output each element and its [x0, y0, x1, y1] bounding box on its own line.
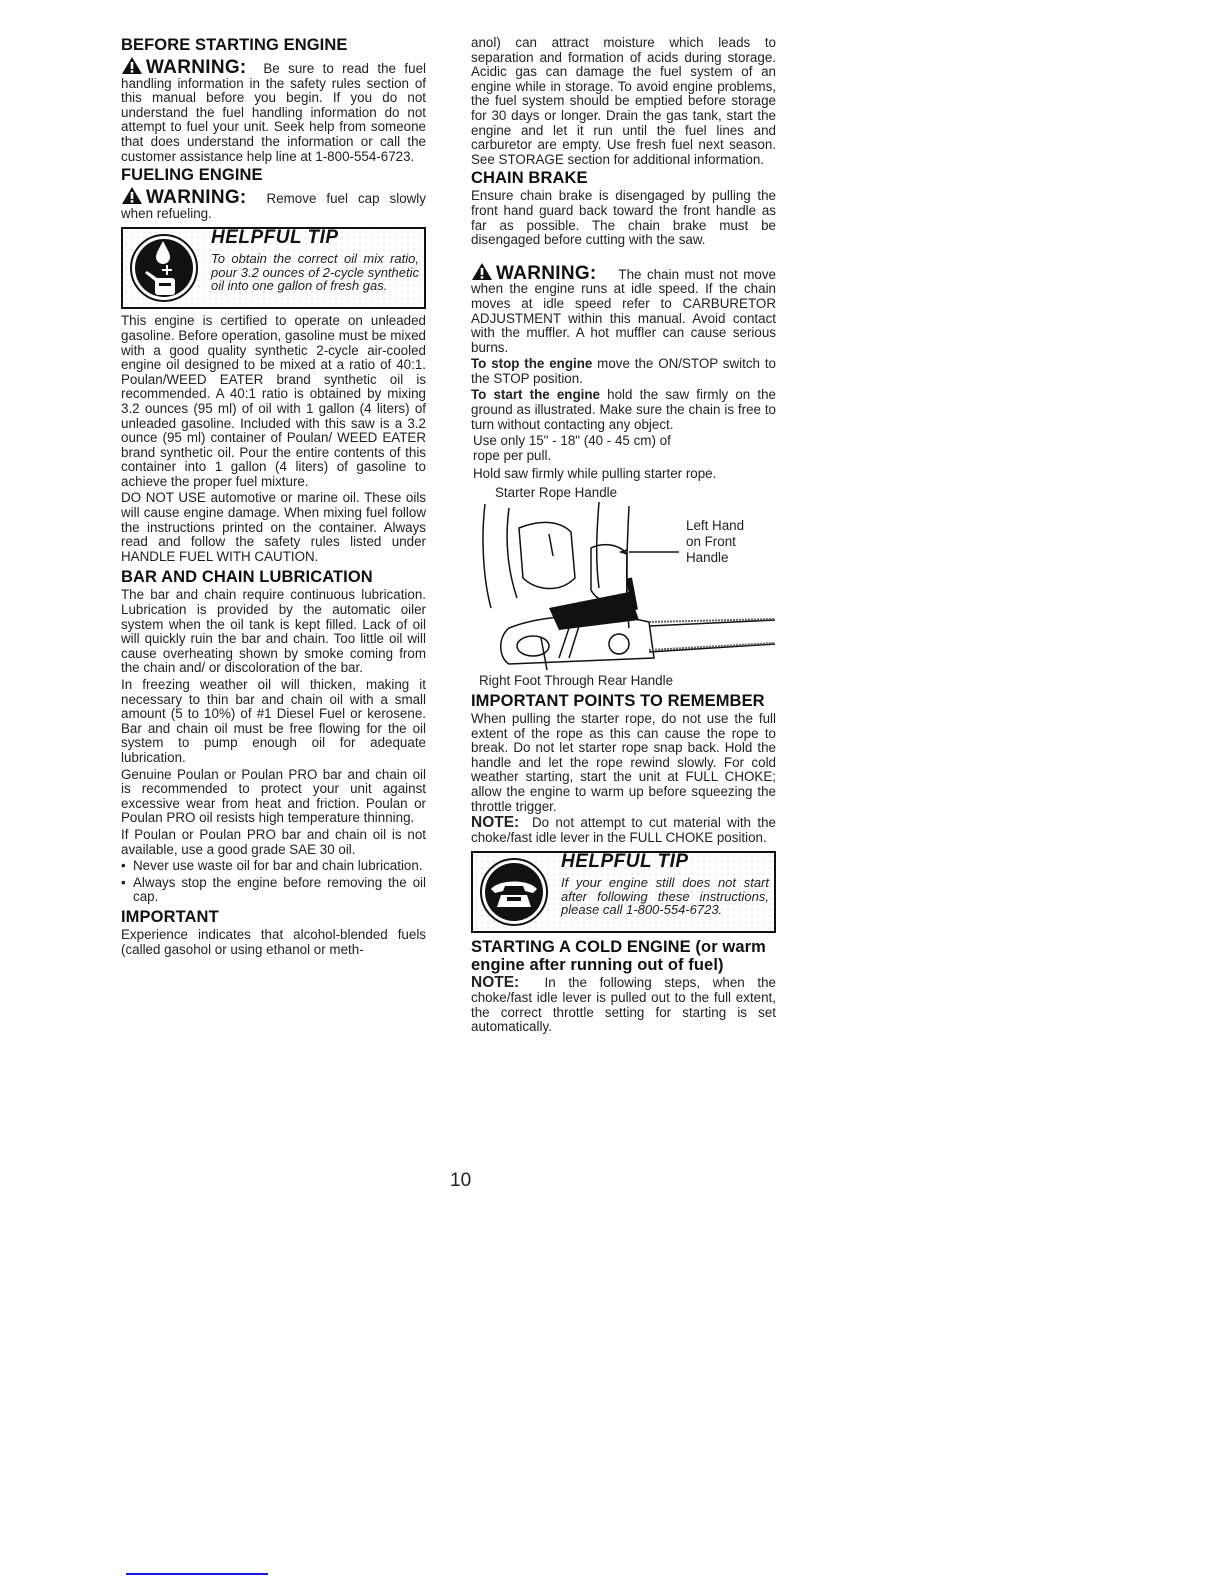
chainsaw-start-illustration-icon — [479, 498, 779, 674]
warning-triangle-icon — [471, 262, 493, 281]
bullet-icon: • — [121, 859, 133, 874]
heading-bar-chain: BAR AND CHAIN LUBRICATION — [121, 568, 426, 586]
heading-chain-brake: CHAIN BRAKE — [471, 169, 776, 187]
fuel-paragraph-1: This engine is certified to operate on u… — [121, 314, 426, 489]
heading-before-starting: BEFORE STARTING ENGINE — [121, 36, 426, 54]
right-column: anol) can attract moisture which leads t… — [471, 36, 776, 1037]
heading-fueling-engine: FUELING ENGINE — [121, 166, 426, 184]
heading-important: IMPORTANT — [121, 908, 426, 926]
start-engine-text: To start the engine hold the saw firmly … — [471, 388, 776, 432]
rope-note-line-1: Use only 15" - 18" (40 - 45 cm) of — [473, 434, 776, 449]
chain-brake-text: Ensure chain brake is disengaged by pull… — [471, 189, 776, 247]
warning-triangle-icon — [121, 56, 143, 75]
bar-chain-paragraph-4: If Poulan or Poulan PRO bar and chain oi… — [121, 828, 426, 857]
bar-chain-paragraph-1: The bar and chain require continuous lub… — [121, 588, 426, 676]
link-underline — [126, 1573, 268, 1575]
note-choke-lever: NOTE: In the following steps, when the c… — [471, 976, 776, 1034]
label-right-foot: Right Foot Through Rear Handle — [479, 674, 673, 689]
telephone-icon — [479, 857, 549, 927]
fuel-paragraph-2: DO NOT USE automotive or marine oil. The… — [121, 491, 426, 564]
oil-can-mix-icon — [129, 233, 199, 303]
bullet-icon: • — [121, 876, 133, 905]
warning-triangle-icon — [121, 186, 143, 205]
hold-saw-note: Hold saw firmly while pulling starter ro… — [473, 467, 776, 482]
warning-chain-idle: WARNING: The chain must not move when th… — [471, 262, 776, 356]
helpful-tip-oil-mix: HELPFUL TIP To obtain the correct oil mi… — [121, 227, 426, 309]
heading-important-points: IMPORTANT POINTS TO REMEMBER — [471, 692, 776, 710]
note-full-choke: NOTE: Do not attempt to cut material wit… — [471, 816, 776, 845]
bullet-item: •Always stop the engine before removing … — [121, 876, 426, 905]
important-paragraph-start: Experience indicates that alcohol-blende… — [121, 928, 426, 957]
bar-chain-paragraph-3: Genuine Poulan or Poulan PRO bar and cha… — [121, 768, 426, 826]
page-number: 10 — [450, 1170, 471, 1192]
warning-before-starting: WARNING: Be sure to read the fuel handli… — [121, 56, 426, 164]
stop-engine-text: To stop the engine move the ON/STOP swit… — [471, 357, 776, 386]
helpful-tip-call: HELPFUL TIP If your engine still does no… — [471, 851, 776, 933]
bar-chain-paragraph-2: In freezing weather oil will thicken, ma… — [121, 678, 426, 766]
important-points-text: When pulling the starter rope, do not us… — [471, 712, 776, 814]
bullet-item: •Never use waste oil for bar and chain l… — [121, 859, 426, 874]
left-column: BEFORE STARTING ENGINE WARNING: Be sure … — [121, 36, 426, 959]
heading-starting-cold-engine: STARTING A COLD ENGINE (or warm engine a… — [471, 938, 776, 974]
warning-fueling: WARNING: Remove fuel cap slowly when ref… — [121, 186, 426, 221]
important-paragraph-cont: anol) can attract moisture which leads t… — [471, 36, 776, 167]
rope-note-line-2: rope per pull. — [473, 449, 776, 464]
starting-illustration: Starter Rope Handle Left Hand on Front H… — [471, 486, 776, 686]
